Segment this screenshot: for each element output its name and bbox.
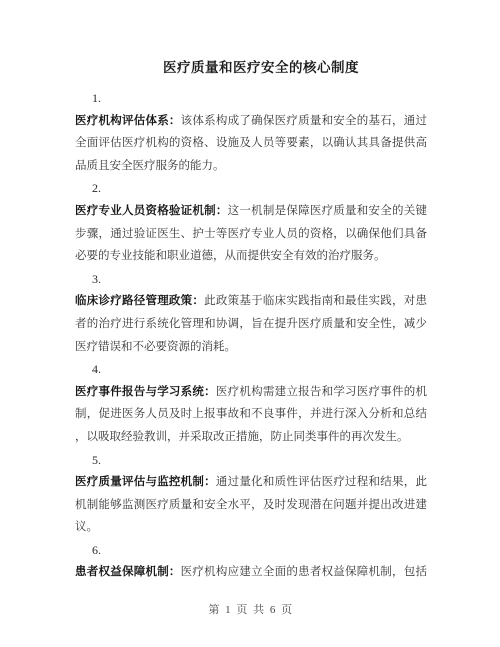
section-heading-rest: 医疗机构需建立报告和学习医疗事件的机 (216, 386, 427, 398)
numbered-section: 6. 患者权益保障机制：医疗机构应建立全面的患者权益保障机制，包括 (75, 539, 427, 584)
numbered-section: 1. 医疗机构评估体系：该体系构成了确保医疗质量和安全的基石，通过全面评估医疗机… (75, 87, 427, 177)
document-title: 医疗质量和医疗安全的核心制度 (0, 57, 500, 79)
numbered-section: 2. 医疗专业人员资格验证机制：这一机制是保障医疗质量和安全的关键步骤，通过验证… (75, 177, 427, 267)
section-text-line: 必要的专业技能和职业道德，从而提供安全有效的治疗服务。 (75, 245, 427, 268)
section-text-line: 患者权益保障机制：医疗机构应建立全面的患者权益保障机制，包括 (75, 561, 427, 584)
document-page: 医疗质量和医疗安全的核心制度 1. 医疗机构评估体系：该体系构成了确保医疗质量和… (0, 0, 500, 647)
section-text-line: ，以吸取经验教训，并采取改正措施，防止同类事件的再次发生。 (75, 426, 427, 449)
section-text-line: 品质且安全医疗服务的能力。 (75, 155, 427, 178)
section-text-line: 医疗机构评估体系：该体系构成了确保医疗质量和安全的基石，通过 (75, 110, 427, 133)
section-text-line: 步骤，通过验证医生、护士等医疗专业人员的资格，以确保他们具备 (75, 223, 427, 246)
section-heading: 医疗专业人员资格验证机制： (75, 205, 228, 217)
section-number: 5. (75, 449, 427, 472)
section-heading-rest: 这一机制是保障医疗质量和安全的关键 (228, 205, 427, 217)
numbered-section: 5. 医疗质量评估与监控机制：通过量化和质性评估医疗过程和结果，此机制能够监测医… (75, 449, 427, 539)
section-heading: 临床诊疗路径管理政策： (75, 295, 204, 307)
section-number: 4. (75, 358, 427, 381)
section-number: 3. (75, 268, 427, 291)
section-heading-rest: 此政策基于临床实践指南和最佳实践，对患 (204, 295, 427, 307)
section-heading-rest: 该体系构成了确保医疗质量和安全的基石，通过 (181, 115, 427, 127)
section-heading: 医疗机构评估体系： (75, 115, 181, 127)
section-heading: 患者权益保障机制： (75, 566, 181, 578)
section-text-line: 机制能够监测医疗质量和安全水平，及时发现潜在问题并提出改进建 (75, 494, 427, 517)
section-text-line: 医疗质量评估与监控机制：通过量化和质性评估医疗过程和结果，此 (75, 471, 427, 494)
section-heading: 医疗事件报告与学习系统： (75, 386, 216, 398)
section-number: 1. (75, 87, 427, 110)
section-text-line: 医疗事件报告与学习系统：医疗机构需建立报告和学习医疗事件的机 (75, 381, 427, 404)
section-heading-rest: 通过量化和质性评估医疗过程和结果，此 (216, 476, 427, 488)
section-heading: 医疗质量评估与监控机制： (75, 476, 216, 488)
section-text-line: 临床诊疗路径管理政策：此政策基于临床实践指南和最佳实践，对患 (75, 290, 427, 313)
page-number-footer: 第 1 页 共 6 页 (75, 602, 427, 618)
section-heading-rest: 医疗机构应建立全面的患者权益保障机制，包括 (181, 566, 427, 578)
document-body: 1. 医疗机构评估体系：该体系构成了确保医疗质量和安全的基石，通过全面评估医疗机… (75, 87, 427, 584)
numbered-section: 3. 临床诊疗路径管理政策：此政策基于临床实践指南和最佳实践，对患者的治疗进行系… (75, 268, 427, 358)
section-text-line: 医疗错误和不必要资源的消耗。 (75, 336, 427, 359)
section-text-line: 者的治疗进行系统化管理和协调，旨在提升医疗质量和安全性，减少 (75, 313, 427, 336)
numbered-section: 4. 医疗事件报告与学习系统：医疗机构需建立报告和学习医疗事件的机制，促进医务人… (75, 358, 427, 448)
section-text-line: 医疗专业人员资格验证机制：这一机制是保障医疗质量和安全的关键 (75, 200, 427, 223)
section-number: 2. (75, 177, 427, 200)
section-text-line: 全面评估医疗机构的资格、设施及人员等要素，以确认其具备提供高 (75, 132, 427, 155)
section-text-line: 议。 (75, 516, 427, 539)
section-text-line: 制，促进医务人员及时上报事故和不良事件，并进行深入分析和总结 (75, 403, 427, 426)
section-number: 6. (75, 539, 427, 562)
